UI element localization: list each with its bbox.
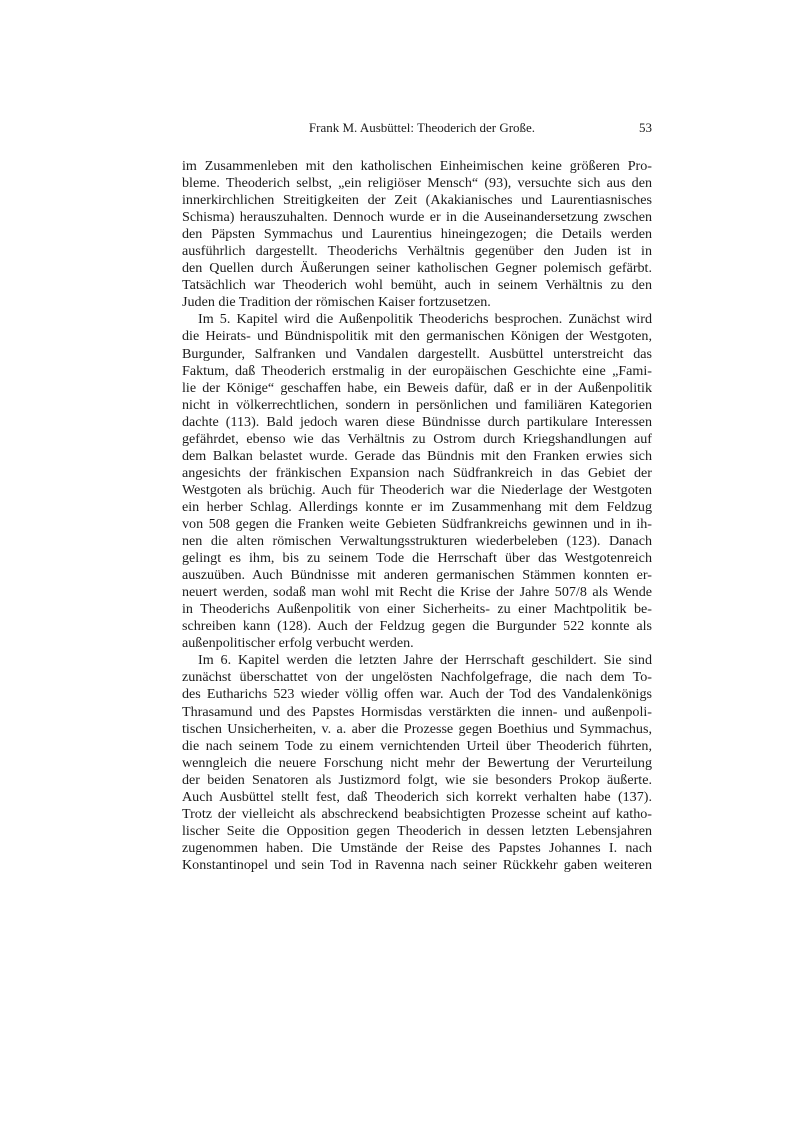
- text-line: Im 6. Kapitel werden die letzten Jahre d…: [182, 652, 652, 669]
- text-line: schreiben kann (128). Auch der Feldzug g…: [182, 618, 652, 635]
- text-line: Juden die Tradition der römischen Kaiser…: [182, 294, 652, 311]
- text-line: die nach seinem Tode zu einem vernichten…: [182, 738, 652, 755]
- text-line: Im 5. Kapitel wird die Außenpolitik Theo…: [182, 311, 652, 328]
- text-line: nen die alten römischen Verwaltungsstruk…: [182, 533, 652, 550]
- text-line: Thrasamund und des Papstes Hormisdas ver…: [182, 704, 652, 721]
- text-line: des Eutharichs 523 wieder völlig offen w…: [182, 686, 652, 703]
- text-line: die Heirats- und Bündnispolitik mit den …: [182, 328, 652, 345]
- text-line: dem Balkan belastet wurde. Gerade das Bü…: [182, 448, 652, 465]
- text-line: im Zusammenleben mit den katholischen Ei…: [182, 158, 652, 175]
- text-line: innerkirchlichen Streitigkeiten der Zeit…: [182, 192, 652, 209]
- text-line: dachte (113). Bald jedoch waren diese Bü…: [182, 414, 652, 431]
- text-line: bleme. Theoderich selbst, „ein religiöse…: [182, 175, 652, 192]
- text-line: Tatsächlich war Theoderich wohl bemüht, …: [182, 277, 652, 294]
- text-line: neuert werden, sodaß man wohl mit Recht …: [182, 584, 652, 601]
- text-line: auszuüben. Auch Bündnisse mit anderen ge…: [182, 567, 652, 584]
- text-line: von 508 gegen die Franken weite Gebieten…: [182, 516, 652, 533]
- text-line: nicht in völkerrechtlichen, sondern in p…: [182, 397, 652, 414]
- text-line: in Theoderichs Außenpolitik von einer Si…: [182, 601, 652, 618]
- text-line: gefährdet, ebenso wie das Verhältnis zu …: [182, 431, 652, 448]
- document-page: Frank M. Ausbüttel: Theoderich der Große…: [182, 118, 652, 874]
- running-head: Frank M. Ausbüttel: Theoderich der Große…: [182, 118, 652, 138]
- text-line: ein herber Schlag. Allerdings konnte er …: [182, 499, 652, 516]
- text-line: Konstantinopel und sein Tod in Ravenna n…: [182, 857, 652, 874]
- text-line: tischen Unsicherheiten, v. a. aber die P…: [182, 721, 652, 738]
- text-line: gelingt es ihm, bis zu seinem Tode die H…: [182, 550, 652, 567]
- text-line: den Quellen durch Äußerungen seiner kath…: [182, 260, 652, 277]
- paragraph: Im 6. Kapitel werden die letzten Jahre d…: [182, 652, 652, 874]
- page-number: 53: [639, 118, 652, 138]
- text-line: Burgunder, Salfranken und Vandalen darge…: [182, 346, 652, 363]
- text-line: außenpolitischer erfolg verbucht werden.: [182, 635, 652, 652]
- text-line: der beiden Senatoren als Justizmord folg…: [182, 772, 652, 789]
- paragraph: im Zusammenleben mit den katholischen Ei…: [182, 158, 652, 311]
- paragraph: Im 5. Kapitel wird die Außenpolitik Theo…: [182, 311, 652, 652]
- text-line: Schisma) herauszuhalten. Dennoch wurde e…: [182, 209, 652, 226]
- running-title: Frank M. Ausbüttel: Theoderich der Große…: [182, 118, 652, 138]
- text-line: Westgoten als brüchig. Auch für Theoderi…: [182, 482, 652, 499]
- text-line: zunächst überschattet von der ungelösten…: [182, 669, 652, 686]
- text-line: angesichts der fränkischen Expansion nac…: [182, 465, 652, 482]
- body-text: im Zusammenleben mit den katholischen Ei…: [182, 158, 652, 874]
- text-line: zugenommen haben. Die Umstände der Reise…: [182, 840, 652, 857]
- text-line: den Päpsten Symmachus und Laurentius hin…: [182, 226, 652, 243]
- text-line: lischer Seite die Opposition gegen Theod…: [182, 823, 652, 840]
- text-line: Faktum, daß Theoderich erstmalig in der …: [182, 363, 652, 380]
- text-line: ausführlich dargestellt. Theoderichs Ver…: [182, 243, 652, 260]
- text-line: Trotz der vielleicht als abschreckend be…: [182, 806, 652, 823]
- text-line: Auch Ausbüttel stellt fest, daß Theoderi…: [182, 789, 652, 806]
- text-line: wenngleich die neuere Forschung nicht me…: [182, 755, 652, 772]
- text-line: lie der Könige“ geschaffen habe, ein Bew…: [182, 380, 652, 397]
